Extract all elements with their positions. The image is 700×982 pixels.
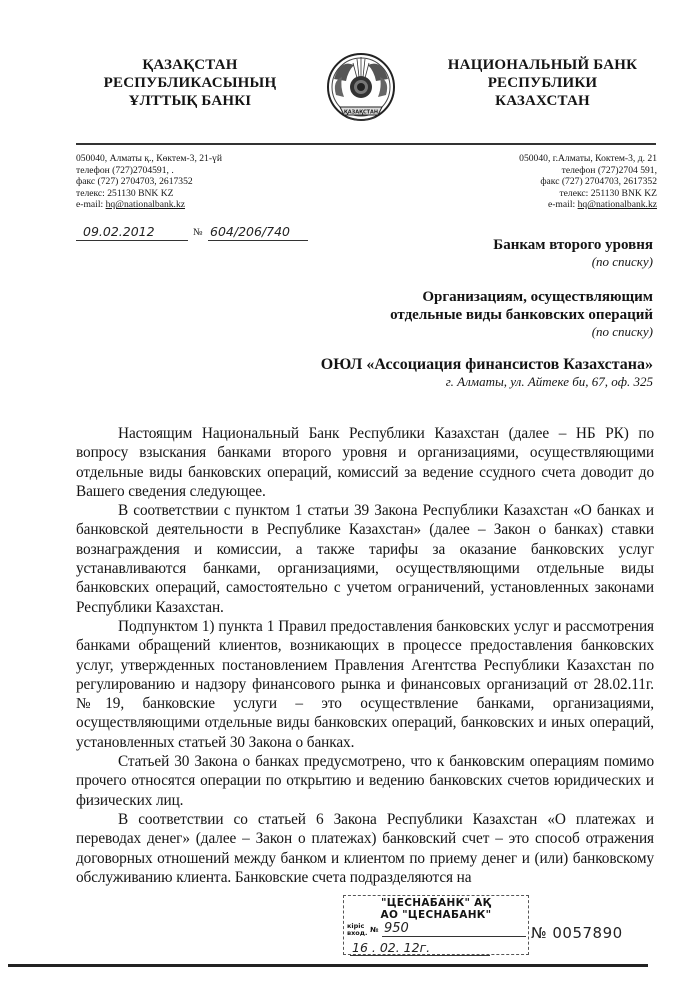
- fax-line: факс (727) 2704703, 2617352: [76, 176, 222, 188]
- reference-number: 604/206/740: [208, 224, 308, 241]
- header-russian-title: НАЦИОНАЛЬНЫЙ БАНК РЕСПУБЛИКИ КАЗАХСТАН: [445, 56, 640, 110]
- stamp-number-label: №: [370, 926, 378, 934]
- email-line: e-mail: hq@nationalbank.kz: [519, 199, 657, 211]
- recipient-note: (по списку): [390, 324, 653, 340]
- telex-line: телекс: 251130 BNK KZ: [76, 188, 222, 200]
- header-russian-line: КАЗАХСТАН: [445, 92, 640, 110]
- letter-body: Настоящим Национальный Банк Республики К…: [76, 424, 654, 887]
- address-line: 050040, г.Алматы, Коктем-3, д. 21: [519, 153, 657, 165]
- stamp-incoming-label: кіріс вход.: [347, 923, 368, 936]
- header-kazakh-line: РЕСПУБЛИКАСЫНЫҢ: [95, 74, 285, 92]
- incoming-registration-stamp: "ЦЕСНАБАНК" АҚ АО "ЦЕСНАБАНК" кіріс вход…: [343, 895, 529, 955]
- address-russian: 050040, г.Алматы, Коктем-3, д. 21 телефо…: [519, 153, 657, 211]
- state-emblem-icon: ҚАЗАҚСТАН: [326, 37, 396, 127]
- recipient-name: Банкам второго уровня: [493, 236, 653, 254]
- recipient-name: отдельные виды банковских операций: [390, 306, 653, 324]
- body-paragraph: Настоящим Национальный Банк Республики К…: [76, 424, 654, 501]
- recipient-name: Организациям, осуществляющим: [390, 288, 653, 306]
- recipient-note: (по списку): [493, 254, 653, 270]
- stamp-number-row: кіріс вход. № 950: [344, 921, 528, 939]
- recipient-organizations: Организациям, осуществляющим отдельные в…: [390, 288, 653, 340]
- reference-number-label: №: [193, 227, 203, 238]
- email-link[interactable]: hq@nationalbank.kz: [578, 199, 657, 210]
- header-kazakh-line: ҚАЗАҚСТАН: [95, 56, 285, 74]
- body-paragraph: Статьей 30 Закона о банках предусмотрено…: [76, 752, 654, 810]
- body-paragraph: Подпунктом 1) пункта 1 Правил предоставл…: [76, 617, 654, 752]
- stamp-date-row: 16 . 02. 12г.: [344, 939, 528, 957]
- header-russian-line: НАЦИОНАЛЬНЫЙ БАНК: [445, 56, 640, 74]
- stamp-bank-name-kz: "ЦЕСНАБАНК" АҚ: [344, 897, 528, 909]
- header-kazakh-title: ҚАЗАҚСТАН РЕСПУБЛИКАСЫНЫҢ ҰЛТТЫҚ БАНКІ: [95, 56, 285, 110]
- reference-date: 09.02.2012: [76, 224, 188, 241]
- scan-edge-line: [8, 964, 648, 967]
- recipient-address: г. Алматы, ул. Айтеке би, 67, оф. 325: [321, 374, 653, 390]
- recipient-financiers-association: ОЮЛ «Ассоциация финансистов Казахстана» …: [321, 356, 653, 390]
- document-serial-number: № 0057890: [531, 924, 623, 942]
- header-kazakh-line: ҰЛТТЫҚ БАНКІ: [95, 92, 285, 110]
- svg-text:ҚАЗАҚСТАН: ҚАЗАҚСТАН: [344, 110, 378, 116]
- header-divider: [76, 143, 656, 145]
- header-russian-line: РЕСПУБЛИКИ: [445, 74, 640, 92]
- email-link[interactable]: hq@nationalbank.kz: [106, 199, 185, 210]
- phone-line: телефон (727)2704591, .: [76, 165, 222, 177]
- fax-line: факс (727) 2704703, 2617352: [519, 176, 657, 188]
- body-paragraph: В соответствии со статьей 6 Закона Респу…: [76, 810, 654, 887]
- recipient-name: ОЮЛ «Ассоциация финансистов Казахстана»: [321, 356, 653, 374]
- phone-line: телефон (727)2704 591,: [519, 165, 657, 177]
- outgoing-reference: 09.02.2012 № 604/206/740: [76, 224, 306, 244]
- body-paragraph: В соответствии с пунктом 1 статьи 39 Зак…: [76, 501, 654, 617]
- recipient-second-tier-banks: Банкам второго уровня (по списку): [493, 236, 653, 270]
- telex-line: телекс: 251130 BNK KZ: [519, 188, 657, 200]
- email-line: e-mail: hq@nationalbank.kz: [76, 199, 222, 211]
- stamp-incoming-date: 16 . 02. 12г.: [350, 940, 490, 956]
- stamp-incoming-number: 950: [382, 921, 526, 937]
- stamp-bank-name-ru: АО "ЦЕСНАБАНК": [344, 909, 528, 921]
- address-kazakh: 050040, Алматы қ., Көктем-3, 21-үй телеф…: [76, 153, 222, 211]
- address-line: 050040, Алматы қ., Көктем-3, 21-үй: [76, 153, 222, 165]
